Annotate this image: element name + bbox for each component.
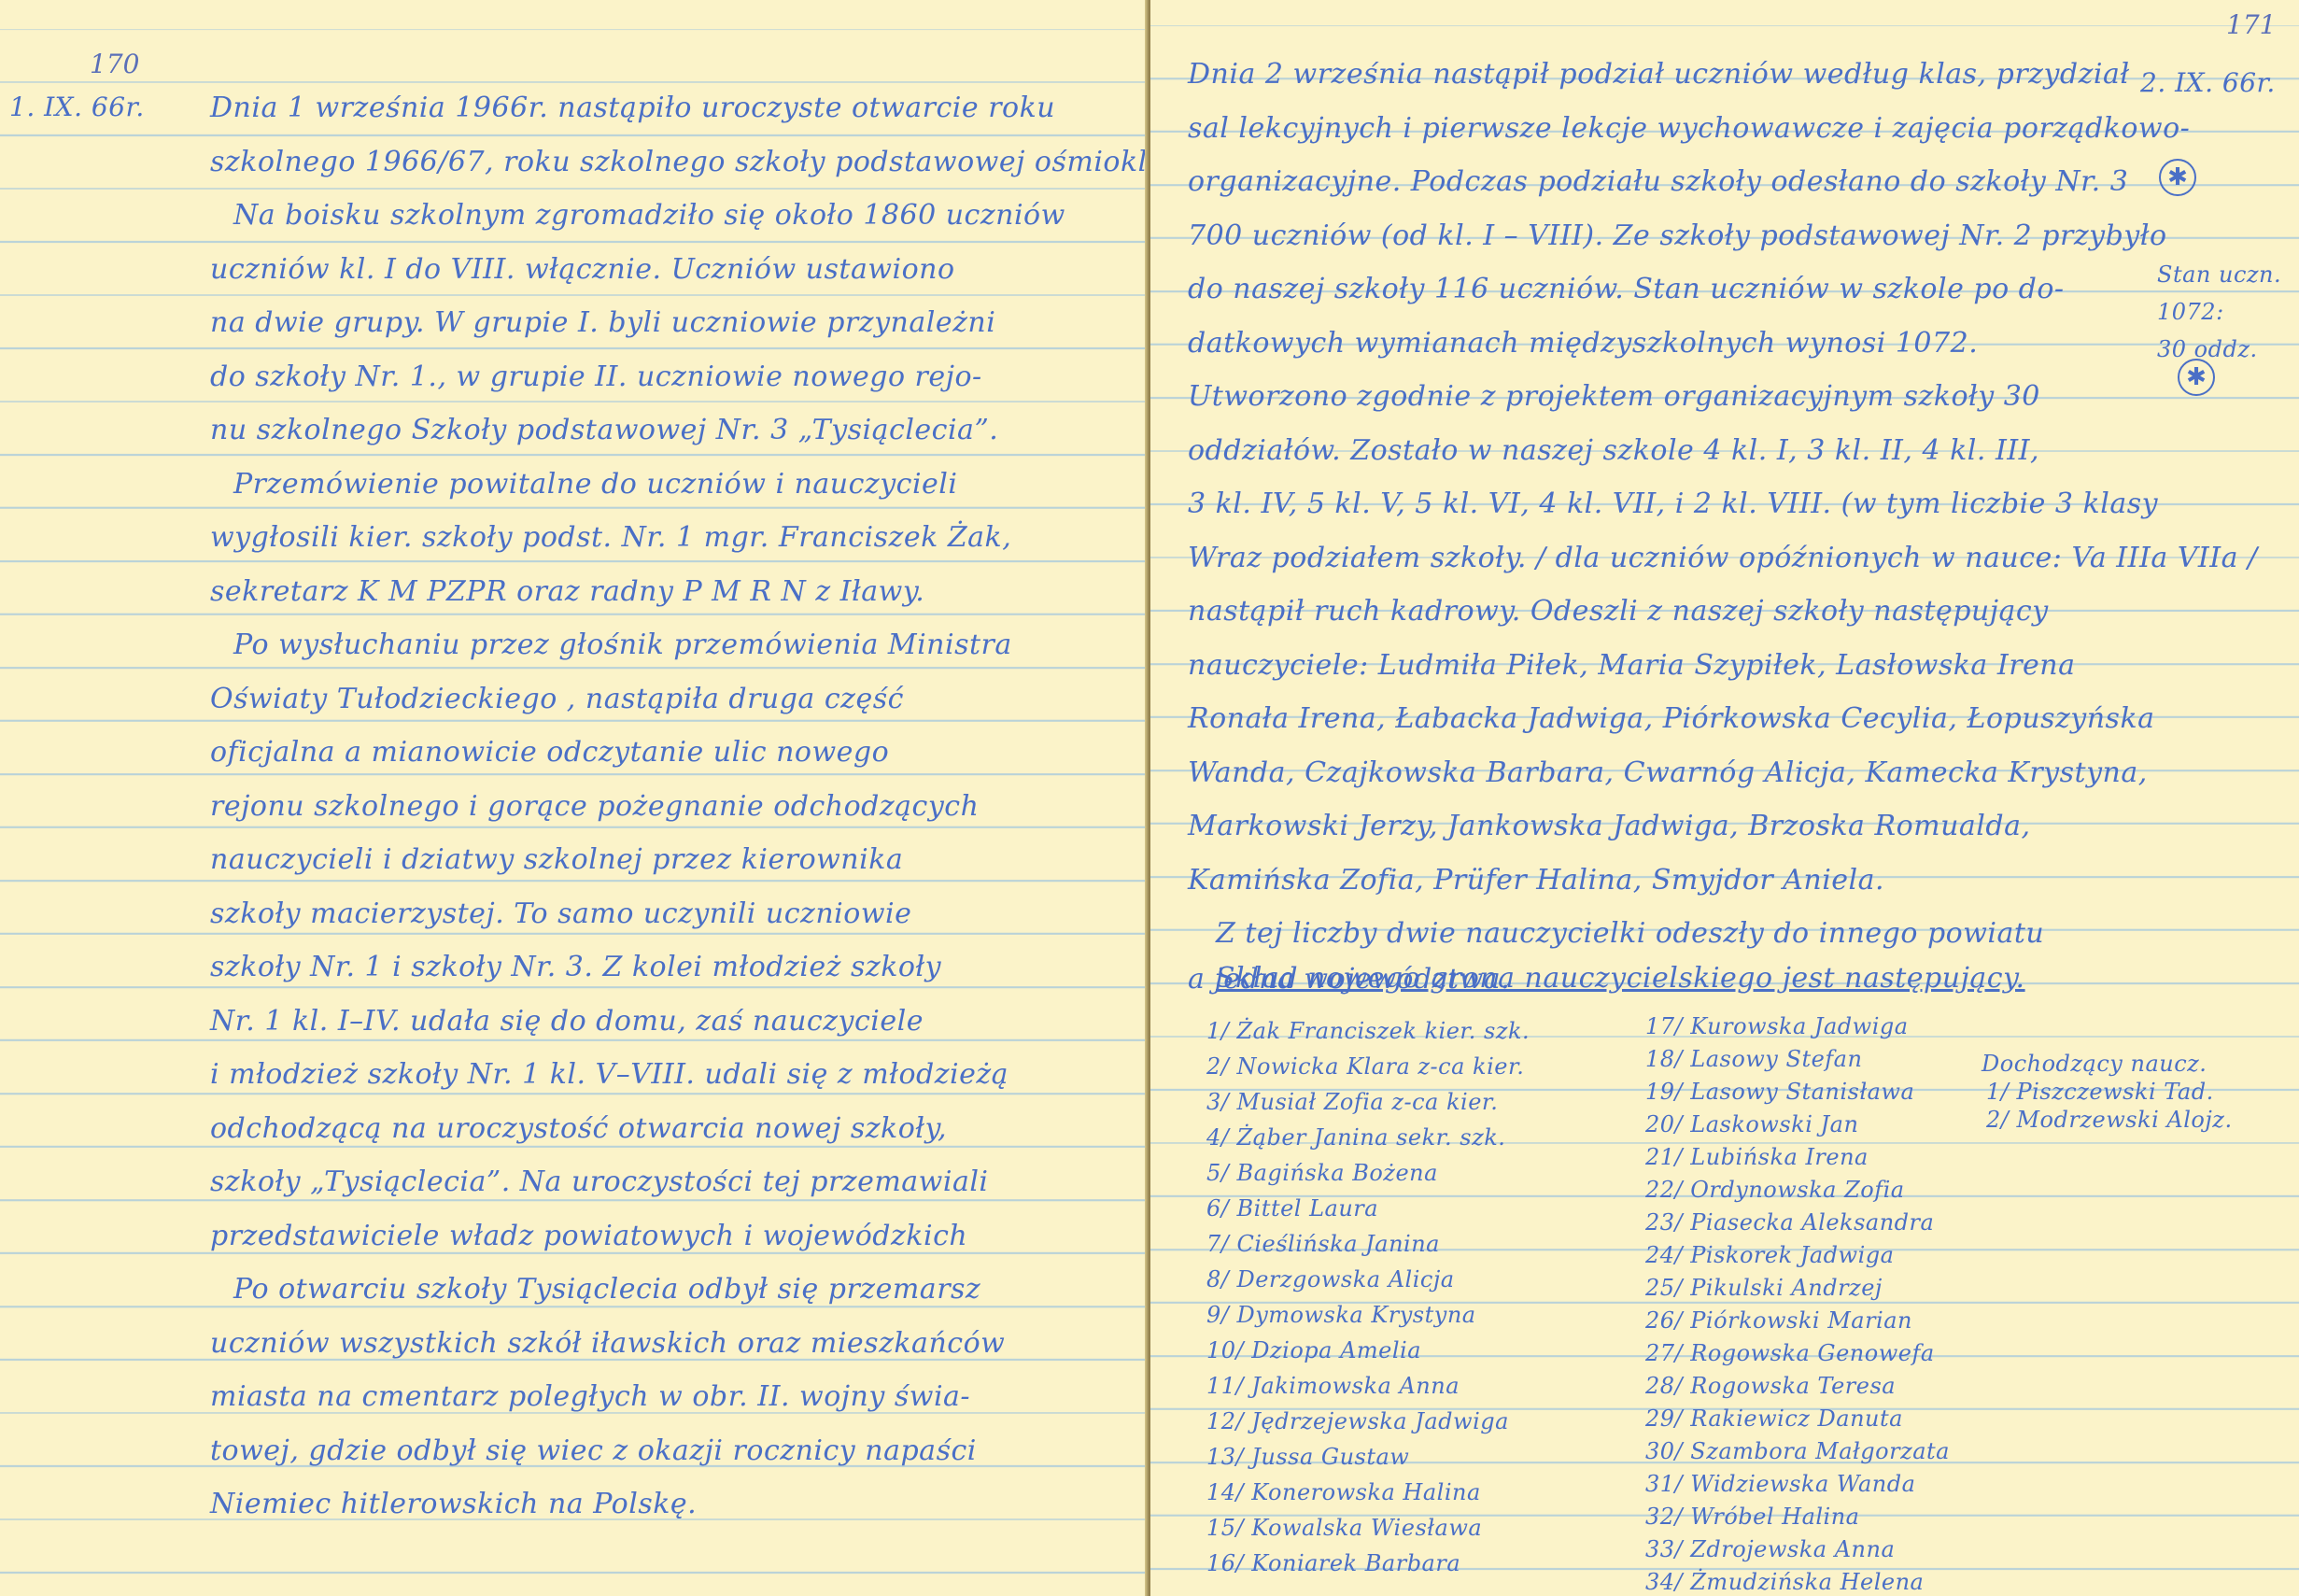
handwritten-line: Z tej liczby dwie nauczycielki odeszły d… [1216,917,2044,950]
handwritten-line: Po wysłuchaniu przez głośnik przemówieni… [233,629,1012,661]
handwritten-line: wygłosili kier. szkoły podst. Nr. 1 mgr.… [210,521,1011,554]
handwritten-line: sal lekcyjnych i pierwsze lekcje wychowa… [1188,112,2190,145]
handwritten-line: do szkoły Nr. 1., w grupie II. uczniowie… [210,360,982,393]
staff-list-item: 3/ Musiał Zofia z-ca kier. [1206,1089,1498,1115]
staff-list-item: 22/ Ordynowska Zofia [1645,1177,1905,1203]
handwritten-line: nauczycieli i dziatwy szkolnej przez kie… [210,843,903,876]
handwritten-line: szkoły „Tysiąclecia”. Na uroczystości te… [210,1165,989,1198]
handwritten-line: rejonu szkolnego i gorące pożegnanie odc… [210,790,979,823]
handwritten-line: do naszej szkoły 116 uczniów. Stan uczni… [1188,273,2065,305]
handwritten-line: uczniów kl. I do VIII. włącznie. Uczniów… [210,253,955,286]
handwritten-line: towej, gdzie odbył się wiec z okazji roc… [210,1434,977,1467]
entry-date: 2. IX. 66r. [2140,67,2276,98]
margin-note-line: Stan uczn. [2157,261,2281,288]
handwritten-line: 700 uczniów (od kl. I – VIII). Ze szkoły… [1188,219,2167,252]
staff-list-item: 16/ Koniarek Barbara [1206,1550,1460,1576]
handwritten-line: uczniów wszystkich szkół iławskich oraz … [210,1327,1005,1360]
staff-list-item: 6/ Bittel Laura [1206,1195,1378,1222]
staff-list-item: 18/ Lasowy Stefan [1645,1046,1862,1072]
staff-list-item: 27/ Rogowska Genowefa [1645,1340,1935,1366]
staff-list-item: 32/ Wróbel Halina [1645,1504,1860,1530]
open-notebook: 170 1. IX. 66r. Dnia 1 września 1966r. n… [0,0,2299,1596]
handwritten-line: oddziałów. Zostało w naszej szkole 4 kl.… [1188,434,2039,467]
handwritten-line: Markowski Jerzy, Jankowska Jadwiga, Brzo… [1188,810,2031,842]
staff-list-item: 15/ Kowalska Wiesława [1206,1515,1482,1541]
handwritten-line: Na boisku szkolnym zgromadziło się około… [233,199,1065,232]
staff-list-item: 29/ Rakiewicz Danuta [1645,1405,1903,1432]
handwritten-line: Wraz podziałem szkoły. / dla uczniów opó… [1188,542,2258,574]
staff-list-item: 20/ Laskowski Jan [1645,1111,1858,1137]
page-number: 170 [90,49,139,79]
handwritten-line: Przemówienie powitalne do uczniów i nauc… [233,468,958,501]
handwritten-line: Po otwarciu szkoły Tysiąclecia odbył się… [233,1273,980,1306]
handwritten-line: i młodzież szkoły Nr. 1 kl. V–VIII. udal… [210,1058,1008,1091]
margin-note-line: 1072: [2157,299,2224,325]
handwritten-line: szkoły macierzystej. To samo uczynili uc… [210,897,911,930]
staff-list-item: 19/ Lasowy Stanisława [1645,1079,1914,1105]
entry-date: 1. IX. 66r. [9,92,145,122]
asterisk-mark-icon: ✱ [2178,359,2215,396]
handwritten-line: Dnia 2 września nastąpił podział uczniów… [1188,58,2130,91]
staff-list-item: 28/ Rogowska Teresa [1645,1373,1896,1399]
staff-list-item: 4/ Żąber Janina sekr. szk. [1206,1124,1505,1151]
staff-list-item: 31/ Widziewska Wanda [1645,1471,1915,1497]
handwritten-line: Ronała Irena, Łabacka Jadwiga, Piórkowsk… [1188,702,2155,735]
staff-list-item: 33/ Zdrojewska Anna [1645,1536,1895,1562]
right-page: 171 2. IX. 66r. ✱ ✱ Dnia 2 września nast… [1150,0,2299,1596]
staff-list-item: 8/ Derzgowska Alicja [1206,1266,1455,1292]
staff-list-item: 5/ Bagińska Bożena [1206,1160,1438,1186]
handwritten-line: nu szkolnego Szkoły podstawowej Nr. 3 „T… [210,414,998,446]
handwritten-line: szkoły Nr. 1 i szkoły Nr. 3. Z kolei mło… [210,951,941,983]
left-page: 170 1. IX. 66r. Dnia 1 września 1966r. n… [0,0,1150,1596]
staff-list-item: 12/ Jędrzejewska Jadwiga [1206,1408,1509,1434]
handwritten-line: Oświaty Tułodzieckiego , nastąpiła druga… [210,683,904,715]
staff-list-item: 10/ Dziopa Amelia [1206,1337,1421,1363]
handwritten-line: Niemiec hitlerowskich na Polskę. [210,1488,697,1520]
page-number: 171 [2226,9,2276,40]
handwritten-line: Wanda, Czajkowska Barbara, Cwarnóg Alicj… [1188,756,2148,789]
handwritten-line: oficjalna a mianowicie odczytanie ulic n… [210,736,889,769]
staff-list-item: 2/ Nowicka Klara z-ca kier. [1206,1053,1524,1080]
handwritten-line: Kamińska Zofia, Prüfer Halina, Smyjdor A… [1188,864,1884,897]
staff-list-item: 13/ Jussa Gustaw [1206,1444,1409,1470]
handwritten-line: przedstawiciele władz powiatowych i woje… [210,1220,967,1252]
asterisk-mark-icon: ✱ [2159,159,2196,196]
commuting-title: Dochodzący naucz. [1982,1051,2207,1077]
staff-list-item: 34/ Żmudzińska Helena [1645,1569,1924,1595]
commuting-item: 2/ Modrzewski Alojz. [1986,1107,2233,1133]
handwritten-line: Nr. 1 kl. I–IV. udała się do domu, zaś n… [210,1005,924,1038]
staff-list-item: 1/ Żak Franciszek kier. szk. [1206,1018,1530,1044]
handwritten-line: odchodzącą na uroczystość otwarcia nowej… [210,1112,947,1145]
staff-list-item: 26/ Piórkowski Marian [1645,1307,1912,1334]
handwritten-line: Utworzono zgodnie z projektem organizacy… [1188,380,2040,413]
staff-list-item: 17/ Kurowska Jadwiga [1645,1013,1909,1039]
handwritten-line: na dwie grupy. W grupie I. byli uczniowi… [210,306,995,339]
staff-list-item: 24/ Piskorek Jadwiga [1645,1242,1894,1268]
staff-list-item: 14/ Konerowska Halina [1206,1479,1481,1505]
handwritten-line: miasta na cmentarz poległych w obr. II. … [210,1380,970,1413]
handwritten-line: datkowych wymianach międzyszkolnych wyno… [1188,327,1978,360]
section-heading: Skład nowego grona nauczycielskiego jest… [1216,962,2025,995]
commuting-item: 1/ Piszczewski Tad. [1986,1079,2214,1105]
handwritten-line: organizacyjne. Podczas podziału szkoły o… [1188,165,2128,198]
staff-list-item: 11/ Jakimowska Anna [1206,1373,1460,1399]
staff-list-item: 23/ Piasecka Aleksandra [1645,1209,1934,1236]
staff-list-item: 7/ Cieślińska Janina [1206,1231,1440,1257]
handwritten-line: nastąpił ruch kadrowy. Odeszli z naszej … [1188,595,2049,628]
handwritten-line: szkolnego 1966/67, roku szkolnego szkoły… [210,146,1150,178]
handwritten-line: sekretarz K M PZPR oraz radny P M R N z … [210,575,924,608]
handwritten-line: 3 kl. IV, 5 kl. V, 5 kl. VI, 4 kl. VII, … [1188,487,2158,520]
staff-list-item: 30/ Szambora Małgorzata [1645,1438,1950,1464]
handwritten-line: Dnia 1 września 1966r. nastąpiło uroczys… [210,92,1055,124]
staff-list-item: 21/ Lubińska Irena [1645,1144,1869,1170]
handwritten-line: nauczyciele: Ludmiła Piłek, Maria Szypił… [1188,649,2076,682]
margin-note-line: 30 oddz. [2157,336,2258,362]
staff-list-item: 9/ Dymowska Krystyna [1206,1302,1476,1328]
staff-list-item: 25/ Pikulski Andrzej [1645,1275,1883,1301]
